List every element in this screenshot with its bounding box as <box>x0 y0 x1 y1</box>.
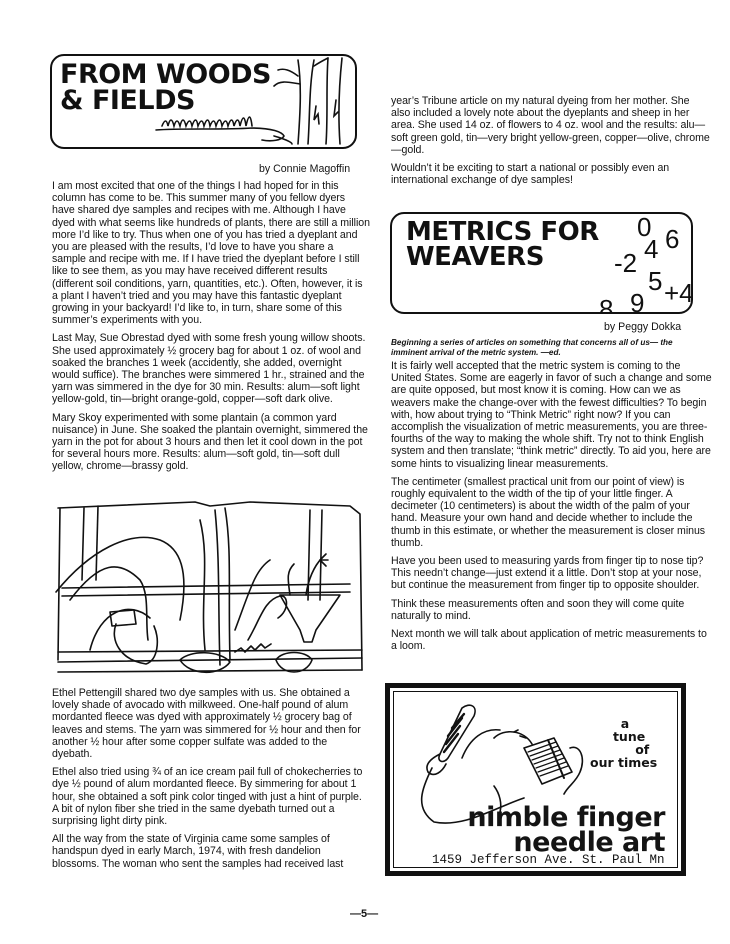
decorative-digit: 5 <box>648 268 662 294</box>
paragraph: Mary Skoy experimented with some plantai… <box>52 412 370 473</box>
paragraph: All the way from the state of Virginia c… <box>52 833 370 870</box>
ad-inner-frame: a tune of our times nimble finger needle… <box>393 691 678 868</box>
paragraph: It is fairly well accepted that the metr… <box>391 360 713 470</box>
paragraph: Ethel Pettengill shared two dye samples … <box>52 687 370 760</box>
paragraph: Think these measurements often and soon … <box>391 598 713 622</box>
paragraph: year’s Tribune article on my natural dye… <box>391 95 711 156</box>
woods-trees-grass-icon <box>52 56 355 147</box>
byline: by Connie Magoffin <box>259 163 350 175</box>
paragraph: Ethel also tried using ¾ of an ice cream… <box>52 766 370 827</box>
paragraph: I am most excited that one of the things… <box>52 180 370 326</box>
decorative-digit: +4 <box>664 280 693 306</box>
decorative-digit: 9 <box>630 290 644 314</box>
advertisement-nimble-finger: a tune of our times nimble finger needle… <box>385 683 686 876</box>
article-metrics-body: It is fairly well accepted that the metr… <box>391 360 713 658</box>
decorative-digit: 8 <box>599 296 613 314</box>
decorative-digit: 6 <box>665 226 679 252</box>
paragraph: The centimeter (smallest practical unit … <box>391 476 713 549</box>
article-woods-fields-body: I am most excited that one of the things… <box>52 180 370 479</box>
ad-address: 1459 Jefferson Ave. St. Paul Mn <box>432 853 665 867</box>
column-title: METRICS FOR WEAVERS <box>406 220 599 270</box>
decorative-digit: -2 <box>614 250 637 276</box>
decorative-digit: 4 <box>644 236 658 262</box>
paragraph: Wouldn’t it be exciting to start a natio… <box>391 162 711 186</box>
paragraph: Have you been used to measuring yards fr… <box>391 555 713 592</box>
plant-windowsill-illustration <box>50 500 370 682</box>
article-woods-fields-continuation: year’s Tribune article on my natural dye… <box>391 95 711 192</box>
byline: by Peggy Dokka <box>604 321 681 333</box>
page-number: —5— <box>350 908 378 920</box>
column-header-woods-fields: FROM WOODS & FIELDS <box>50 54 357 149</box>
article-woods-fields-body-continued: Ethel Pettengill shared two dye samples … <box>52 687 370 876</box>
paragraph: Next month we will talk about applicatio… <box>391 628 713 652</box>
editor-note: Beginning a series of articles on someth… <box>391 338 711 357</box>
ad-tagline: a tune of our times <box>590 717 657 769</box>
column-header-metrics-weavers: METRICS FOR WEAVERS 0 6 4 -2 5 +4 8 9 <box>390 212 693 314</box>
paragraph: Last May, Sue Obrestad dyed with some fr… <box>52 332 370 405</box>
